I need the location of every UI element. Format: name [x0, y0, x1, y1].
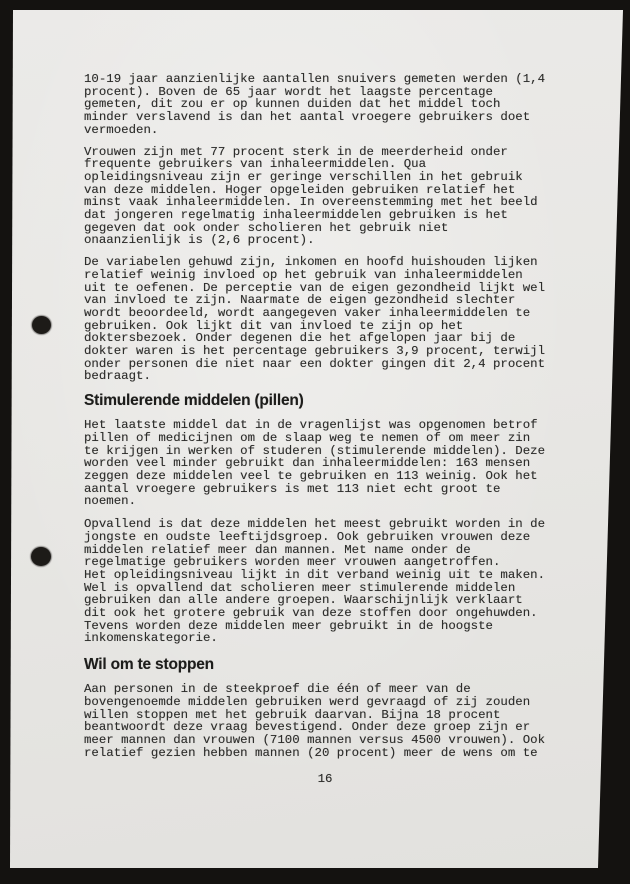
page-number: 16 — [84, 773, 566, 786]
text-column: 10-19 jaar aanzienlijke aantallen snuive… — [84, 73, 566, 786]
section-heading-stimulerende-middelen: Stimulerende middelen (pillen) — [84, 392, 566, 409]
section-heading-wil-om-te-stoppen: Wil om te stoppen — [84, 656, 566, 673]
body-paragraph: Aan personen in de steekproef die één of… — [84, 683, 566, 759]
hole-punch-mark — [31, 547, 51, 566]
body-paragraph: De variabelen gehuwd zijn, inkomen en ho… — [84, 256, 566, 383]
scanned-document-page: 10-19 jaar aanzienlijke aantallen snuive… — [0, 0, 630, 884]
body-paragraph: Vrouwen zijn met 77 procent sterk in de … — [84, 146, 566, 248]
body-paragraph: Het laatste middel dat in de vragenlijst… — [84, 419, 566, 508]
paper-sheet: 10-19 jaar aanzienlijke aantallen snuive… — [0, 0, 630, 884]
body-paragraph: 10-19 jaar aanzienlijke aantallen snuive… — [84, 73, 566, 137]
hole-punch-mark — [32, 316, 51, 334]
body-paragraph: Opvallend is dat deze middelen het meest… — [84, 518, 566, 645]
